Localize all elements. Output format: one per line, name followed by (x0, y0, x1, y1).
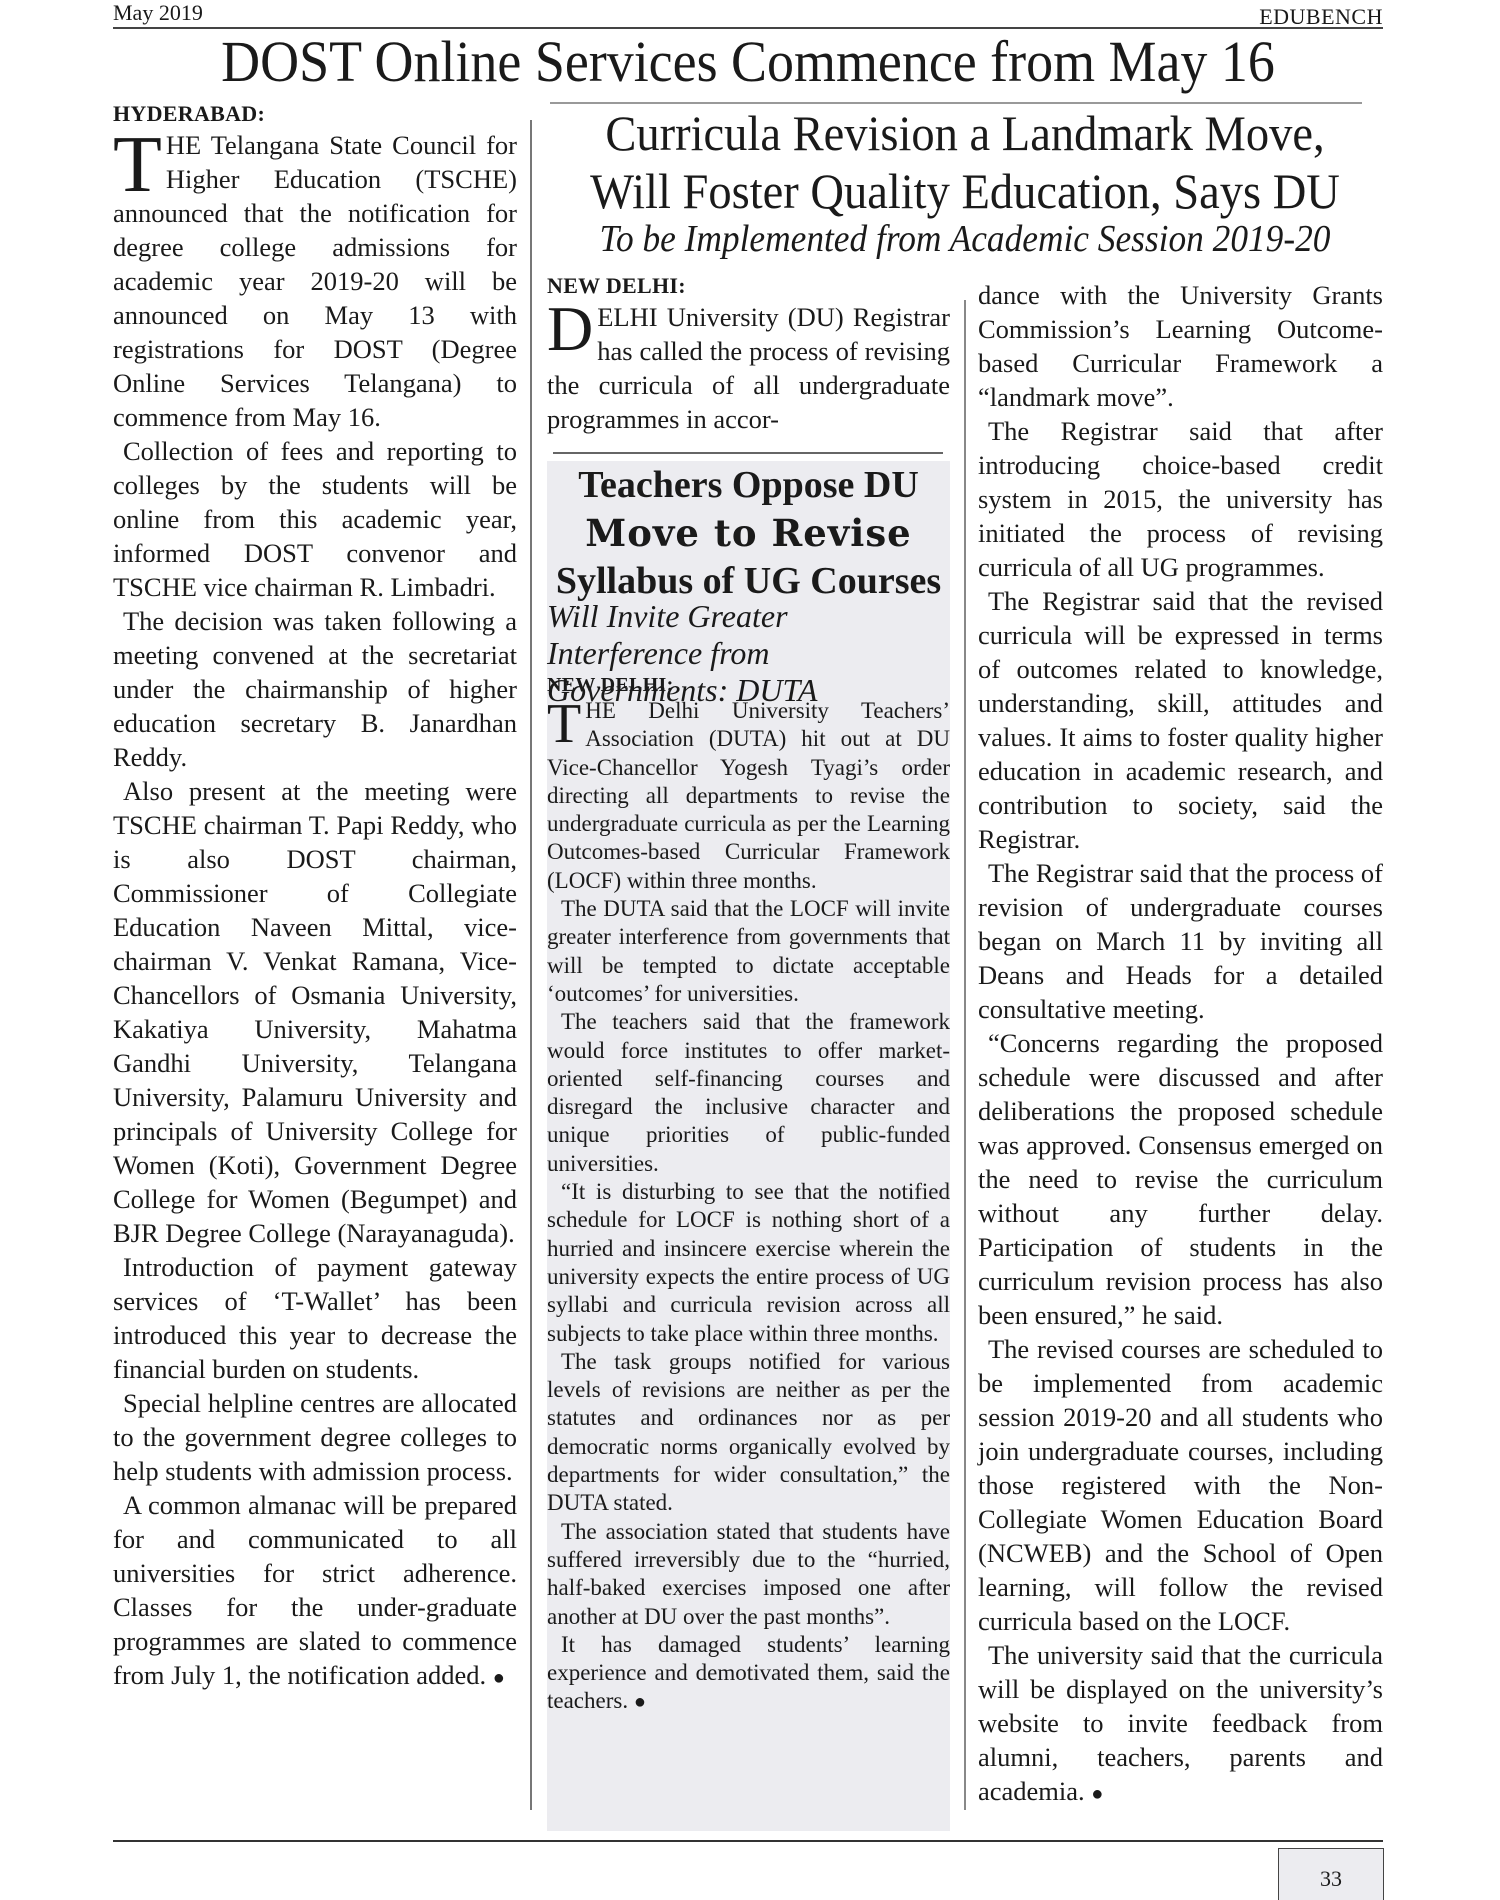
issue-date: May 2019 (113, 0, 203, 26)
dost-paragraph: The decision was taken following a meeti… (113, 604, 517, 774)
du-paragraph: “Concerns regarding the proposed schedul… (978, 1026, 1383, 1332)
duta-article-body: NEW DELHI: THE Delhi University Teachers… (547, 673, 950, 1717)
duta-paragraph: The teachers said that the framework wou… (547, 1008, 950, 1178)
column-divider (530, 120, 532, 1810)
dost-article-body: HYDERABAD: THE Telangana State Council f… (113, 100, 517, 1695)
dost-paragraph: Introduction of payment gateway services… (113, 1250, 517, 1386)
duta-paragraph: The DUTA said that the LOCF will invite … (547, 895, 950, 1008)
dost-dateline: HYDERABAD: (113, 100, 517, 128)
duta-paragraph: It has damaged students’ learning experi… (547, 1631, 950, 1717)
dost-dropcap: T (113, 134, 162, 196)
sidebar-rule (553, 452, 943, 454)
du-paragraph: The Registrar said that the revised curr… (978, 584, 1383, 856)
du-article-headline: Curricula Revision a Landmark Move, Will… (577, 104, 1353, 220)
du-dropcap: D (547, 305, 593, 353)
du-article-deck: To be Implemented from Academic Session … (577, 216, 1353, 262)
du-dateline: NEW DELHI: (547, 272, 950, 300)
page-number: 33 (1278, 1848, 1384, 1900)
du-paragraph: The university said that the curricula w… (978, 1638, 1383, 1811)
du-paragraph: dance with the University Grants Commiss… (978, 278, 1383, 414)
du-article-body: dance with the University Grants Commiss… (978, 278, 1383, 1811)
end-mark-icon: ● (634, 1691, 646, 1713)
dost-paragraph: Collection of fees and reporting to coll… (113, 434, 517, 604)
end-mark-icon: ● (493, 1667, 505, 1689)
dost-paragraph: Also present at the meeting were TSCHE c… (113, 774, 517, 1250)
du-paragraph: The Registrar said that after introducin… (978, 414, 1383, 584)
duta-paragraph: The association stated that students hav… (547, 1518, 950, 1631)
du-paragraph: The revised courses are scheduled to be … (978, 1332, 1383, 1638)
dost-paragraph: THE Telangana State Council for Higher E… (113, 128, 517, 434)
dost-paragraph: A common almanac will be prepared for an… (113, 1488, 517, 1695)
end-mark-icon: ● (1091, 1783, 1103, 1805)
dost-article-title: DOST Online Services Commence from May 1… (157, 28, 1338, 96)
du-paragraph: The Registrar said that the process of r… (978, 856, 1383, 1026)
duta-paragraph: “It is disturbing to see that the notifi… (547, 1178, 950, 1348)
column-divider (964, 300, 966, 1810)
dost-paragraph: Special helpline centres are allocated t… (113, 1386, 517, 1488)
duta-article-headline: Teachers Oppose DU Move to Revise Syllab… (547, 461, 950, 605)
duta-paragraph: The task groups notified for various lev… (547, 1348, 950, 1518)
du-article-lead: NEW DELHI: DELHI University (DU) Registr… (547, 272, 950, 436)
duta-dropcap: T (547, 702, 581, 746)
duta-paragraph: THE Delhi University Teachers’ Associati… (547, 697, 950, 895)
duta-dateline: NEW DELHI: (547, 673, 950, 697)
footer-rule (113, 1840, 1383, 1842)
